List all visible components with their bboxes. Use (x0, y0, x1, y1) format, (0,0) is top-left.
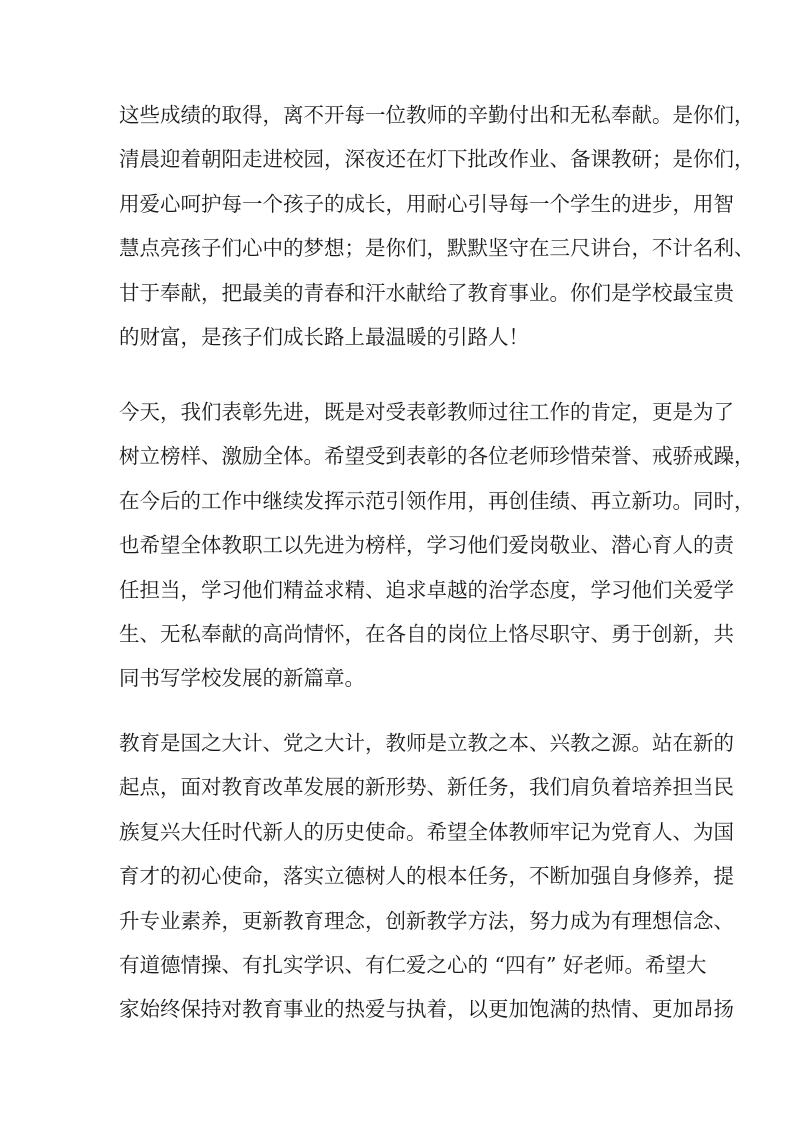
text-line: 甘于奉献，把最美的青春和汗水献给了教育事业。你们是学校最宝贵 (119, 271, 674, 315)
text-line: 在今后的工作中继续发挥示范引领作用，再创佳绩、再立新功。同时， (119, 479, 674, 523)
text-line: 升专业素养，更新教育理念，创新教学方法，努力成为有理想信念、 (119, 899, 674, 943)
text-line: 清晨迎着朝阳走进校园，深夜还在灯下批改作业、备课教研；是你们， (119, 137, 674, 181)
document-page: 这些成绩的取得，离不开每一位教师的辛勤付出和无私奉献。是你们， 清晨迎着朝阳走进… (0, 0, 793, 1122)
text-line: 用爱心呵护每一个孩子的成长，用耐心引导每一个学生的进步，用智 (119, 182, 674, 226)
text-line: 这些成绩的取得，离不开每一位教师的辛勤付出和无私奉献。是你们， (119, 93, 674, 137)
text-line: 育才的初心使命，落实立德树人的根本任务，不断加强自身修养，提 (119, 854, 674, 898)
text-line: 族复兴大任时代新人的历史使命。希望全体教师牢记为党育人、为国 (119, 810, 674, 854)
text-line: 今天，我们表彰先进，既是对受表彰教师过往工作的肯定，更是为了 (119, 390, 674, 434)
text-line: 生、无私奉献的高尚情怀，在各自的岗位上恪尽职守、勇于创新，共 (119, 612, 674, 656)
text-line: 教育是国之大计、党之大计，教师是立教之本、兴教之源。站在新的 (119, 721, 674, 765)
text-line: 任担当，学习他们精益求精、追求卓越的治学态度，学习他们关爱学 (119, 568, 674, 612)
paragraph-education-mission: 教育是国之大计、党之大计，教师是立教之本、兴教之源。站在新的 起点，面对教育改革… (119, 721, 674, 1032)
text-line: 的财富，是孩子们成长路上最温暖的引路人！ (119, 315, 674, 359)
paragraph-teacher-dedication: 这些成绩的取得，离不开每一位教师的辛勤付出和无私奉献。是你们， 清晨迎着朝阳走进… (119, 93, 674, 359)
text-line: 慧点亮孩子们心中的梦想；是你们，默默坚守在三尺讲台，不计名利、 (119, 226, 674, 270)
text-line: 树立榜样、激励全体。希望受到表彰的各位老师珍惜荣誉、戒骄戒躁， (119, 434, 674, 478)
text-line: 家始终保持对教育事业的热爱与执着，以更加饱满的热情、更加昂扬 (119, 987, 674, 1031)
text-line: 有道德情操、有扎实学识、有仁爱之心的 “四有” 好老师。希望大 (119, 943, 674, 987)
text-line: 同书写学校发展的新篇章。 (119, 656, 674, 700)
paragraph-commendation: 今天，我们表彰先进，既是对受表彰教师过往工作的肯定，更是为了 树立榜样、激励全体… (119, 390, 674, 701)
text-line: 起点，面对教育改革发展的新形势、新任务，我们肩负着培养担当民 (119, 765, 674, 809)
text-line: 也希望全体教职工以先进为榜样，学习他们爱岗敬业、潜心育人的责 (119, 523, 674, 567)
